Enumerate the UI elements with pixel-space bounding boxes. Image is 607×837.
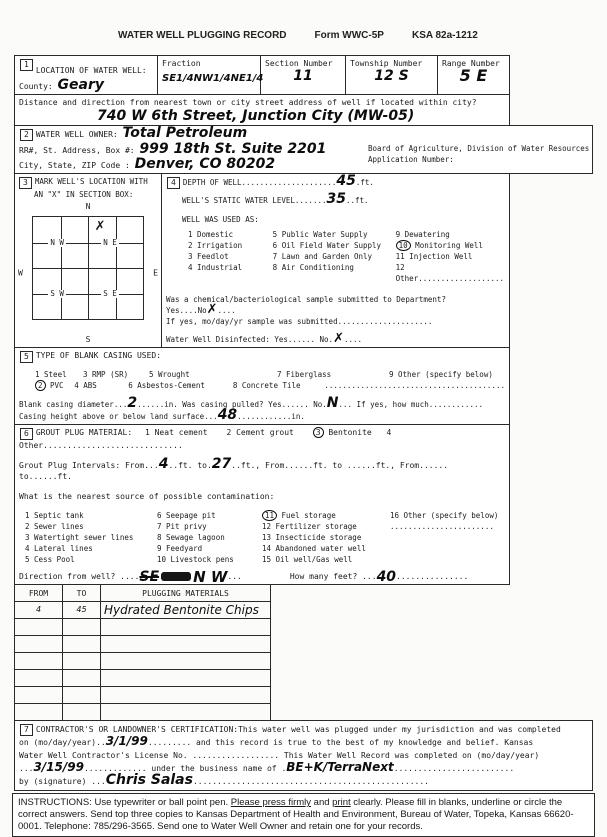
- contamination-option: 4 Lateral lines: [25, 543, 157, 554]
- instructions-underlined: Please press firmly: [231, 797, 311, 808]
- section-3-4: 3MARK WELL'S LOCATION WITH AN "X" IN SEC…: [14, 173, 510, 348]
- static-level-label: WELL'S STATIC WATER LEVEL.......: [182, 196, 327, 205]
- mark-location-label-1: MARK WELL'S LOCATION WITH: [35, 177, 148, 186]
- contamination-option: 2 Sewer lines: [25, 521, 157, 532]
- disinfected-label: Water Well Disinfected: Yes...... No.: [166, 335, 333, 344]
- section-number-value: 11: [265, 69, 341, 81]
- section-6-grout: 6GROUT PLUG MATERIAL: 1 Neat cement 2 Ce…: [14, 424, 510, 585]
- section-number-cell: Section Number 11: [261, 56, 346, 94]
- casing-option: 6 Asbestos-Cement: [128, 380, 233, 391]
- contamination-option: 6 Seepage pit: [157, 510, 262, 521]
- contamination-option: 1 Septic tank: [25, 510, 157, 521]
- instructions-box: INSTRUCTIONS: Use typewriter or ball poi…: [12, 793, 595, 837]
- use-option: 8 Air Conditioning: [273, 262, 386, 273]
- compass-n-label: N: [86, 202, 91, 211]
- from-header: FROM: [15, 585, 63, 602]
- circled-10: 10: [396, 240, 411, 251]
- grout-title: GROUT PLUG MATERIAL:: [36, 428, 132, 437]
- contamination-option: 13 Insecticide storage: [262, 532, 390, 543]
- intervals-label: Grout Plug Intervals: From...: [19, 461, 159, 470]
- address-value: 999 18th St. Suite 2201: [139, 141, 326, 157]
- diameter-label: Blank casing diameter...: [19, 400, 127, 409]
- compass-e-label: E: [153, 269, 158, 278]
- fraction-cell: Fraction SE1/4NW1/4NE1/4: [158, 56, 261, 94]
- contamination-option: 8 Sewage lagoon: [157, 532, 262, 543]
- fraction-label: Fraction: [162, 58, 256, 69]
- form-number: Form WWC-5P: [315, 30, 384, 41]
- table-header-row: FROM TO PLUGGING MATERIALS: [15, 585, 271, 602]
- table-row: [15, 619, 271, 636]
- contamination-option: 9 Feedyard: [157, 543, 262, 554]
- casing-option: 8 Concrete Tile: [233, 380, 325, 391]
- section-box-diagram: N S W E N W N E S W S E ✗: [18, 202, 158, 344]
- contamination-option: 14 Abandoned water well: [262, 543, 390, 554]
- section-5-casing: 5TYPE OF BLANK CASING USED: 1 Steel 3 RM…: [14, 347, 510, 425]
- table-row: [15, 636, 271, 653]
- quadrant-se-label: S E: [101, 290, 119, 298]
- section-3-number: 3: [19, 177, 32, 189]
- section-7-certification: 7CONTRACTOR'S OR LANDOWNER'S CERTIFICATI…: [14, 720, 593, 791]
- grout-option: 2 Cement grout: [226, 428, 293, 437]
- certification-line-1: CONTRACTOR'S OR LANDOWNER'S CERTIFICATIO…: [36, 725, 561, 734]
- city-label: City, State, ZIP Code :: [19, 161, 130, 170]
- from-value: 4: [15, 602, 63, 619]
- sample-date-line: If yes, mo/day/yr sample was submitted..…: [166, 316, 512, 327]
- static-level-unit: ..ft.: [346, 196, 369, 205]
- contamination-option: 7 Pit privy: [157, 521, 262, 532]
- use-option: 4 Industrial: [188, 262, 263, 273]
- instructions-underlined: print: [332, 797, 350, 808]
- address-label: RR#, St. Address, Box #:: [19, 146, 135, 155]
- interval-from-value: 4: [159, 456, 169, 472]
- form-ksa: KSA 82a-1212: [412, 30, 478, 41]
- section-1-location: 1LOCATION OF WATER WELL: County: Geary F…: [14, 55, 510, 95]
- distance-row: Distance and direction from nearest town…: [14, 94, 510, 126]
- well-use-options: 1 Domestic 2 Irrigation 3 Feedlot 4 Indu…: [166, 229, 512, 284]
- direction-label: Direction from well? ....: [19, 571, 139, 582]
- casing-pulled-no-mark: N: [327, 395, 339, 411]
- location-label: LOCATION OF WATER WELL:: [36, 66, 147, 75]
- table-row: 4 45 Hydrated Bentonite Chips: [15, 602, 271, 619]
- county-value: Geary: [58, 77, 104, 93]
- disinfected-x-mark: ✗: [333, 331, 344, 346]
- circled-11: 11: [262, 510, 277, 521]
- grout-option-bentonite: 3 Bentonite: [313, 428, 372, 437]
- casing-height-value: 48: [218, 407, 237, 423]
- contamination-other-dots: .......................: [390, 521, 498, 532]
- materials-header: PLUGGING MATERIALS: [101, 585, 271, 602]
- casing-option: 5 Wrought: [149, 369, 277, 380]
- circled-3: 3: [313, 427, 324, 438]
- distance-label: Distance and direction from nearest town…: [19, 97, 505, 108]
- to-value: 45: [63, 602, 101, 619]
- static-level-value: 35: [327, 191, 346, 207]
- contamination-option: 5 Cess Pool: [25, 554, 157, 565]
- section-4-number: 4: [167, 177, 180, 189]
- owner-label: WATER WELL OWNER:: [36, 130, 118, 139]
- fraction-value: SE1/4NW1/4NE1/4: [162, 74, 256, 84]
- owner-value: Total Petroleum: [123, 125, 248, 141]
- depth-unit: .ft.: [356, 178, 374, 187]
- section-3-location-box: 3MARK WELL'S LOCATION WITH AN "X" IN SEC…: [15, 174, 162, 347]
- table-row: [15, 704, 271, 721]
- contamination-label: What is the nearest source of possible c…: [19, 491, 505, 502]
- range-value: 5 E: [442, 69, 505, 81]
- location-cell: 1LOCATION OF WATER WELL: County: Geary: [15, 56, 158, 94]
- city-value: Denver, CO 80202: [135, 156, 276, 172]
- form-body: 1LOCATION OF WATER WELL: County: Geary F…: [14, 56, 593, 837]
- use-option: 12 Other...................: [396, 262, 513, 284]
- depth-value: 45: [336, 173, 355, 189]
- casing-option: 9 Other (specify below): [389, 369, 493, 380]
- signature-value: Chris Salas: [106, 772, 193, 788]
- contamination-option: 10 Livestock pens: [157, 554, 262, 565]
- direction-value: N W: [193, 572, 227, 582]
- instructions-text: INSTRUCTIONS: Use typewriter or ball poi…: [18, 797, 231, 808]
- scribble-mark: [161, 572, 191, 581]
- use-option: 2 Irrigation: [188, 240, 263, 251]
- county-label: County:: [19, 82, 53, 91]
- township-value: 12 S: [350, 69, 433, 81]
- distance-value: 740 W 6th Street, Junction City (MW-05): [19, 108, 505, 123]
- section-6-number: 6: [20, 428, 33, 440]
- board-label: Board of Agriculture, Division of Water …: [368, 143, 590, 154]
- diameter-value: 2: [127, 395, 137, 411]
- section-7-number: 7: [20, 724, 33, 736]
- use-option: 9 Dewatering: [396, 229, 513, 240]
- compass-s-label: S: [86, 335, 91, 344]
- contamination-option: 16 Other (specify below): [390, 510, 498, 521]
- table-row: [15, 687, 271, 704]
- form-header: WATER WELL PLUGGING RECORD Form WWC-5P K…: [118, 30, 478, 41]
- quadrant-sw-label: S W: [48, 290, 66, 298]
- application-number-label: Application Number:: [368, 154, 590, 165]
- quadrant-nw-label: N W: [48, 239, 66, 247]
- direction-crossed-value: SE: [139, 572, 159, 582]
- feet-label: How many feet? ...: [290, 571, 377, 582]
- contamination-option: 12 Fertilizer storage: [262, 521, 390, 532]
- materials-value: Hydrated Bentonite Chips: [101, 602, 271, 619]
- use-option: 5 Public Water Supply: [273, 229, 386, 240]
- used-as-label: WELL WAS USED AS:: [166, 214, 512, 225]
- township-cell: Township Number 12 S: [346, 56, 438, 94]
- casing-option: 7 Fiberglass: [277, 369, 389, 380]
- section-1-number: 1: [20, 59, 33, 71]
- table-row: [15, 670, 271, 687]
- section-5-number: 5: [20, 351, 33, 363]
- casing-height-label: Casing height above or below land surfac…: [19, 412, 218, 421]
- depth-label: DEPTH OF WELL.....................: [183, 178, 337, 187]
- business-name-value: BE+K/TerraNext: [286, 760, 393, 774]
- casing-option: 4 ABS: [74, 380, 128, 391]
- mark-location-label-2: AN "X" IN SECTION BOX:: [18, 189, 158, 200]
- circled-2: 2: [35, 380, 46, 391]
- section-2-number: 2: [20, 129, 33, 141]
- range-cell: Range Number 5 E: [438, 56, 509, 94]
- use-option-monitoring-well: 10 Monitoring Well: [396, 240, 513, 251]
- feet-value: 40: [377, 572, 396, 582]
- use-option: 6 Oil Field Water Supply: [273, 240, 386, 251]
- contamination-option: 3 Watertight sewer lines: [25, 532, 157, 543]
- casing-option-pvc: 2 PVC: [35, 380, 74, 391]
- use-option: 11 Injection Well: [396, 251, 513, 262]
- completed-date-value: 3/1/99: [106, 734, 148, 748]
- casing-option: 1 Steel: [35, 369, 83, 380]
- contamination-option: 15 Oil well/Gas well: [262, 554, 390, 565]
- compass-w-label: W: [18, 269, 23, 278]
- use-option: 3 Feedlot: [188, 251, 263, 262]
- to-header: TO: [63, 585, 101, 602]
- grout-option: 1 Neat cement: [145, 428, 208, 437]
- form-title: WATER WELL PLUGGING RECORD: [118, 30, 287, 41]
- section-grid: N W N E S W S E ✗: [32, 216, 144, 320]
- contamination-options: 1 Septic tank 2 Sewer lines 3 Watertight…: [19, 510, 505, 565]
- use-option: 1 Domestic: [188, 229, 263, 240]
- plugging-materials-table: FROM TO PLUGGING MATERIALS 4 45 Hydrated…: [14, 584, 271, 721]
- well-location-x-mark: ✗: [95, 219, 106, 234]
- use-option: 7 Lawn and Garden Only: [273, 251, 386, 262]
- section-4-well-info: 4DEPTH OF WELL.....................45.ft…: [162, 174, 516, 347]
- casing-title: TYPE OF BLANK CASING USED:: [36, 351, 161, 360]
- table-row: [15, 653, 271, 670]
- record-date-value: 3/15/99: [33, 760, 84, 774]
- contamination-option-fuel-storage: 11 Fuel storage: [262, 510, 390, 521]
- sample-no-x-mark: ✗: [207, 302, 218, 317]
- quadrant-ne-label: N E: [101, 239, 119, 247]
- section-2-owner: 2WATER WELL OWNER: Total Petroleum RR#, …: [14, 125, 593, 174]
- casing-other-dots: ........................................: [324, 380, 505, 391]
- scanned-form-page: { "header": { "title": "WATER WELL PLUGG…: [0, 0, 607, 774]
- casing-option: 3 RMP (SR): [83, 369, 149, 380]
- interval-to-value: 27: [212, 456, 231, 472]
